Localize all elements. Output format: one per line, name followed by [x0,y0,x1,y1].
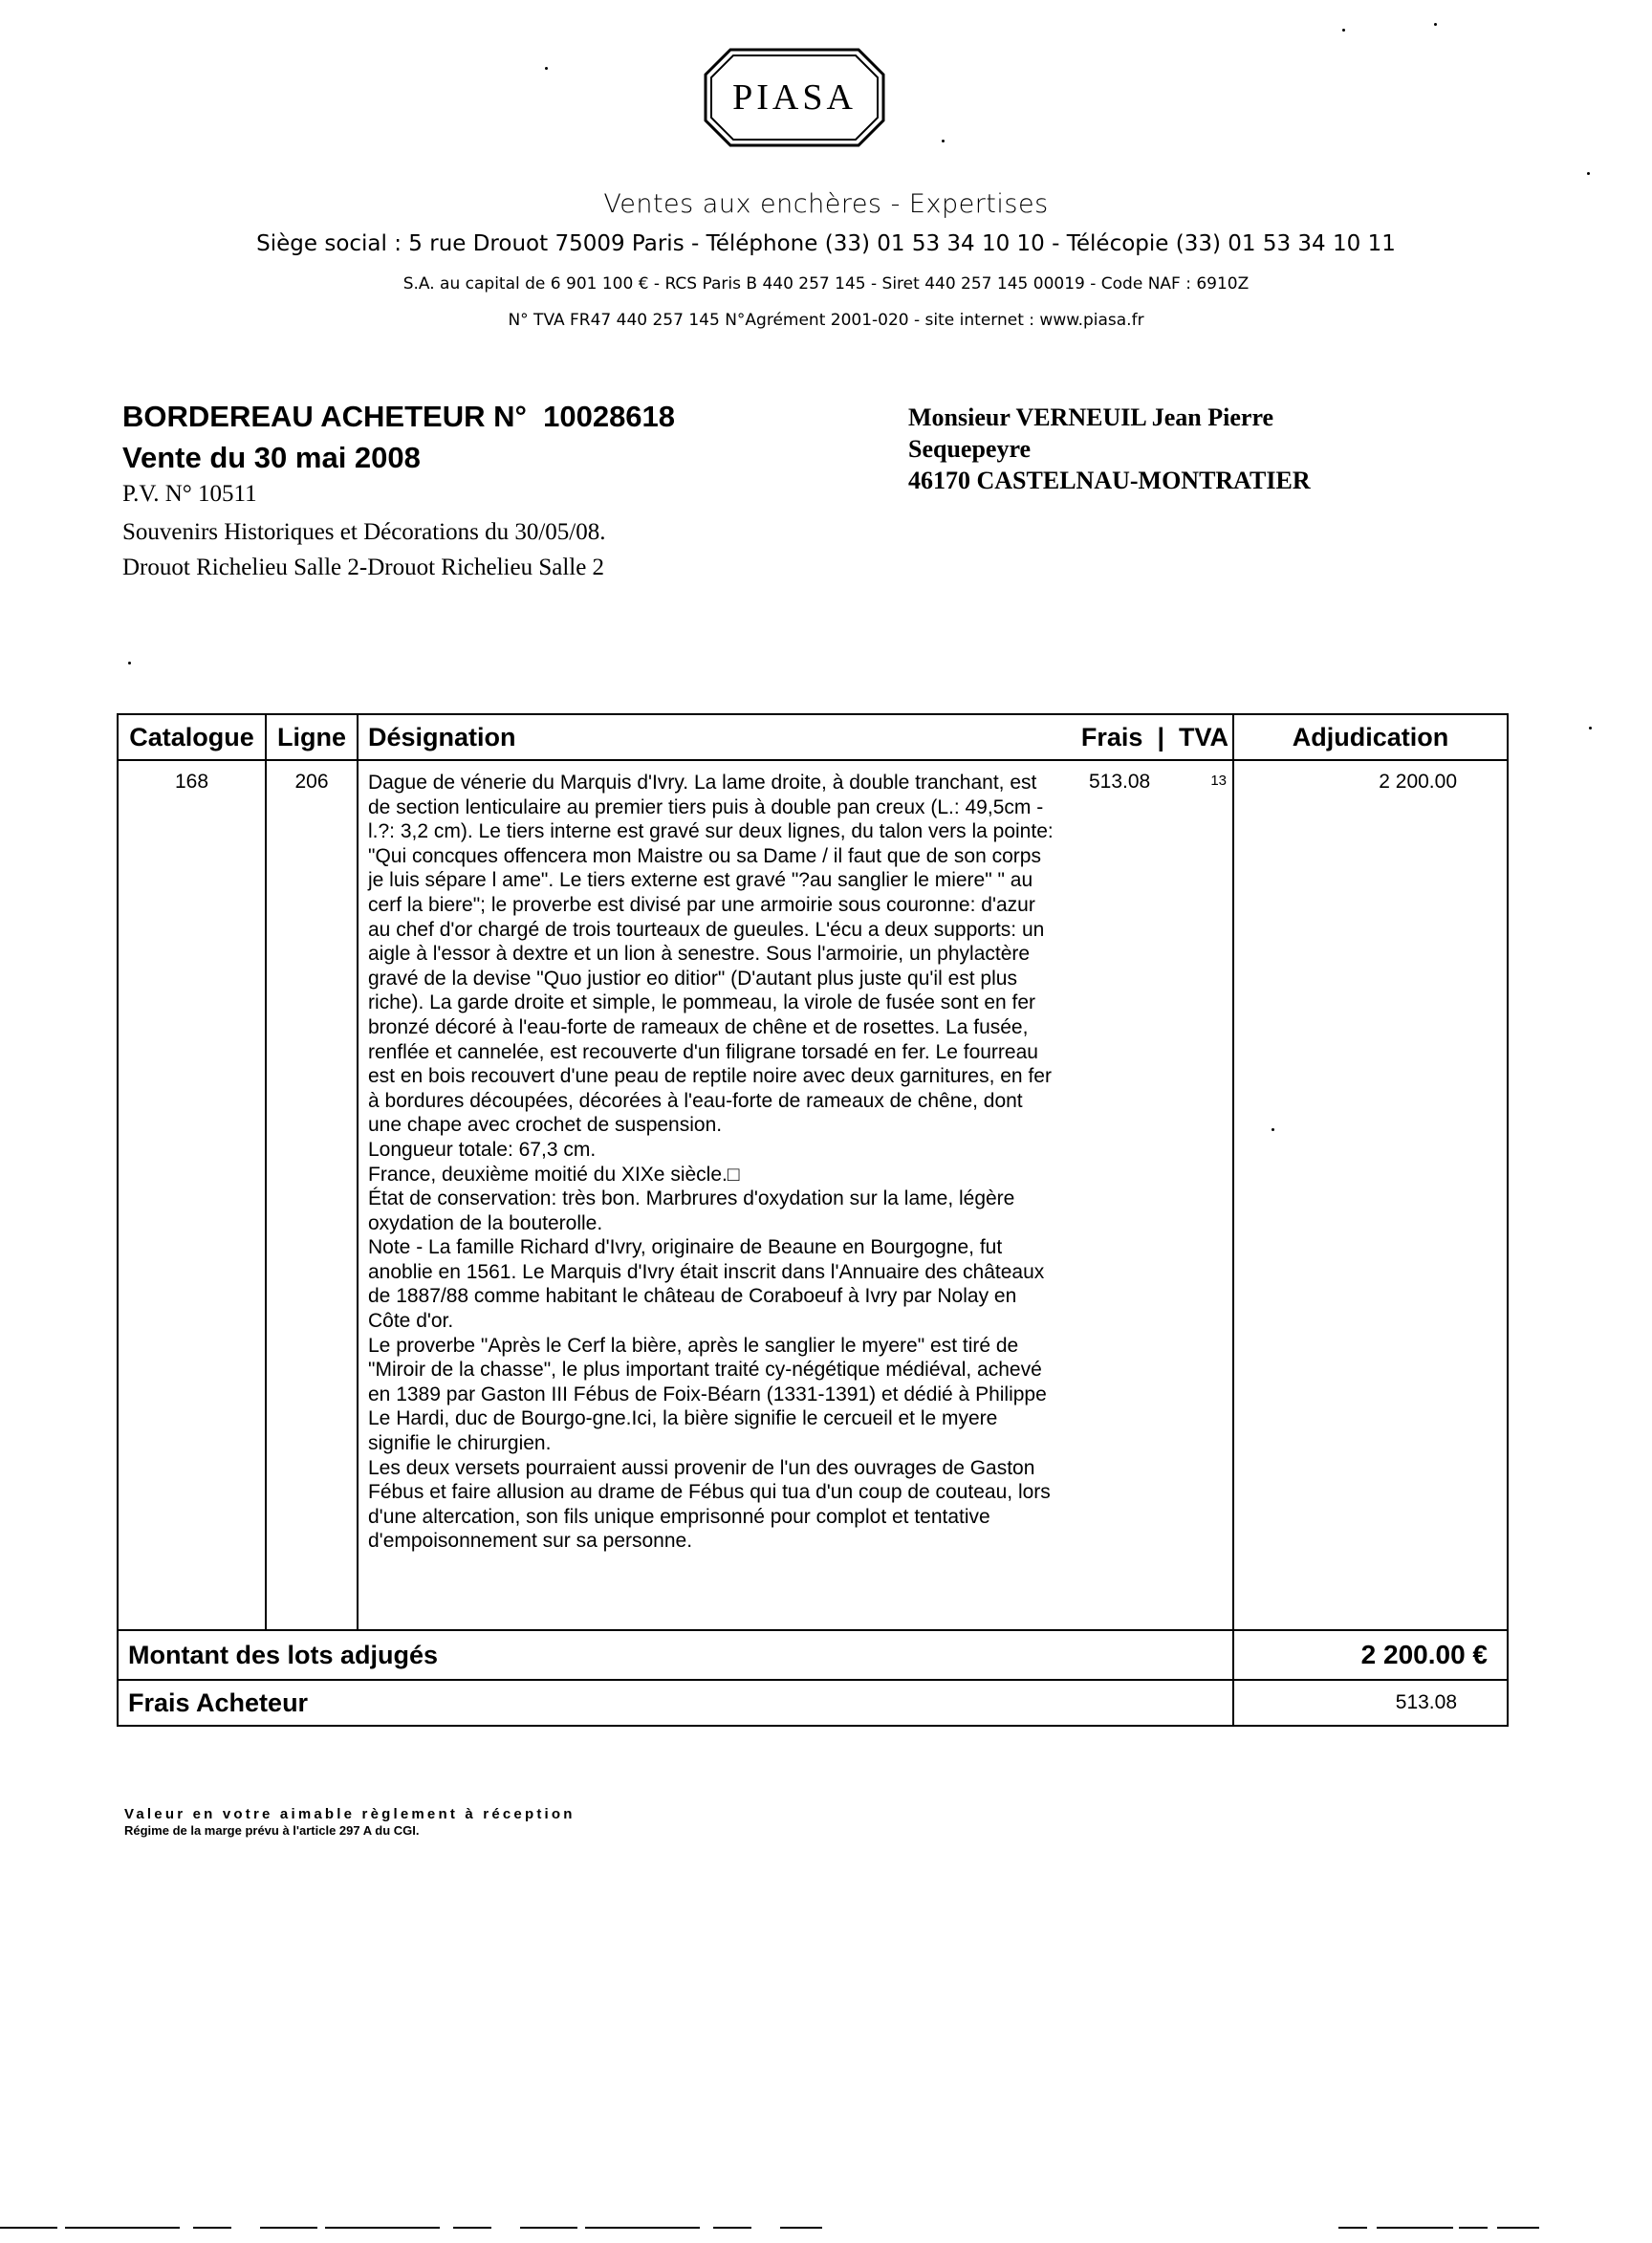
lot-description: Dague de vénerie du Marquis d'Ivry. La l… [368,771,1056,1554]
total-lots-row: Montant des lots adjugés 2 200.00 € [119,1629,1507,1679]
buyer-address-line-1: Sequepeyre [908,433,1311,465]
table-header: Catalogue Ligne Désignation Frais | TVA … [119,715,1507,761]
buyer-fees-row: Frais Acheteur 513.08 [119,1679,1507,1725]
cell-designation: Dague de vénerie du Marquis d'Ivry. La l… [359,761,1234,1629]
piasa-logo: PIASA [704,48,885,147]
buyer-fees-value: 513.08 [1234,1681,1507,1725]
cell-tva: 13 [1210,773,1227,789]
cell-catalogue: 168 [119,761,267,1629]
header-designation-frais-tva: Désignation Frais | TVA [359,715,1234,759]
header-catalogue: Catalogue [119,715,267,759]
total-lots-value: 2 200.00 € [1234,1631,1507,1679]
scan-speck [942,140,945,142]
company-address: Siège social : 5 rue Drouot 75009 Paris … [0,231,1652,256]
buyer-address-line-2: 46170 CASTELNAU-MONTRATIER [908,465,1311,496]
header-frais-tva: Frais | TVA [1081,723,1228,752]
scan-speck [1589,727,1592,730]
cell-adjudication: 2 200.00 [1234,761,1507,1629]
payment-note: Valeur en votre aimable règlement à réce… [124,1806,576,1822]
company-legal-line-1: S.A. au capital de 6 901 100 € - RCS Par… [0,274,1652,294]
company-legal-line-2: N° TVA FR47 440 257 145 N°Agrément 2001-… [0,311,1652,330]
cell-frais: 513.08 [1089,771,1150,794]
header-adjudication: Adjudication [1234,715,1507,759]
scan-speck [1434,23,1437,26]
buyer-name: Monsieur VERNEUIL Jean Pierre [908,402,1311,433]
logo-text: PIASA [704,48,885,147]
scan-speck [1587,172,1590,175]
sale-date: Vente du 30 mai 2008 [122,441,421,475]
lots-table: Catalogue Ligne Désignation Frais | TVA … [117,713,1509,1727]
header-ligne: Ligne [267,715,359,759]
header-designation: Désignation [368,723,516,752]
table-row: 168 206 Dague de vénerie du Marquis d'Iv… [119,761,1507,1629]
tax-regime-note: Régime de la marge prévu à l'article 297… [124,1823,419,1838]
sale-place: Drouot Richelieu Salle 2-Drouot Richelie… [122,555,604,581]
total-lots-label: Montant des lots adjugés [119,1631,1234,1679]
company-tagline: Ventes aux enchères - Expertises [0,189,1652,219]
buyer-fees-label: Frais Acheteur [119,1681,1234,1725]
scan-speck [545,67,548,70]
cell-ligne: 206 [267,761,359,1629]
scan-speck [128,662,131,664]
bordereau-title: BORDEREAU ACHETEUR N° 10028618 [122,400,675,434]
scan-artifact-line [0,2226,1652,2230]
buyer-address-block: Monsieur VERNEUIL Jean Pierre Sequepeyre… [908,402,1311,496]
scan-speck [1342,29,1345,32]
pv-number: P.V. N° 10511 [122,481,257,508]
scan-speck [1272,1128,1274,1131]
sale-name: Souvenirs Historiques et Décorations du … [122,519,606,546]
